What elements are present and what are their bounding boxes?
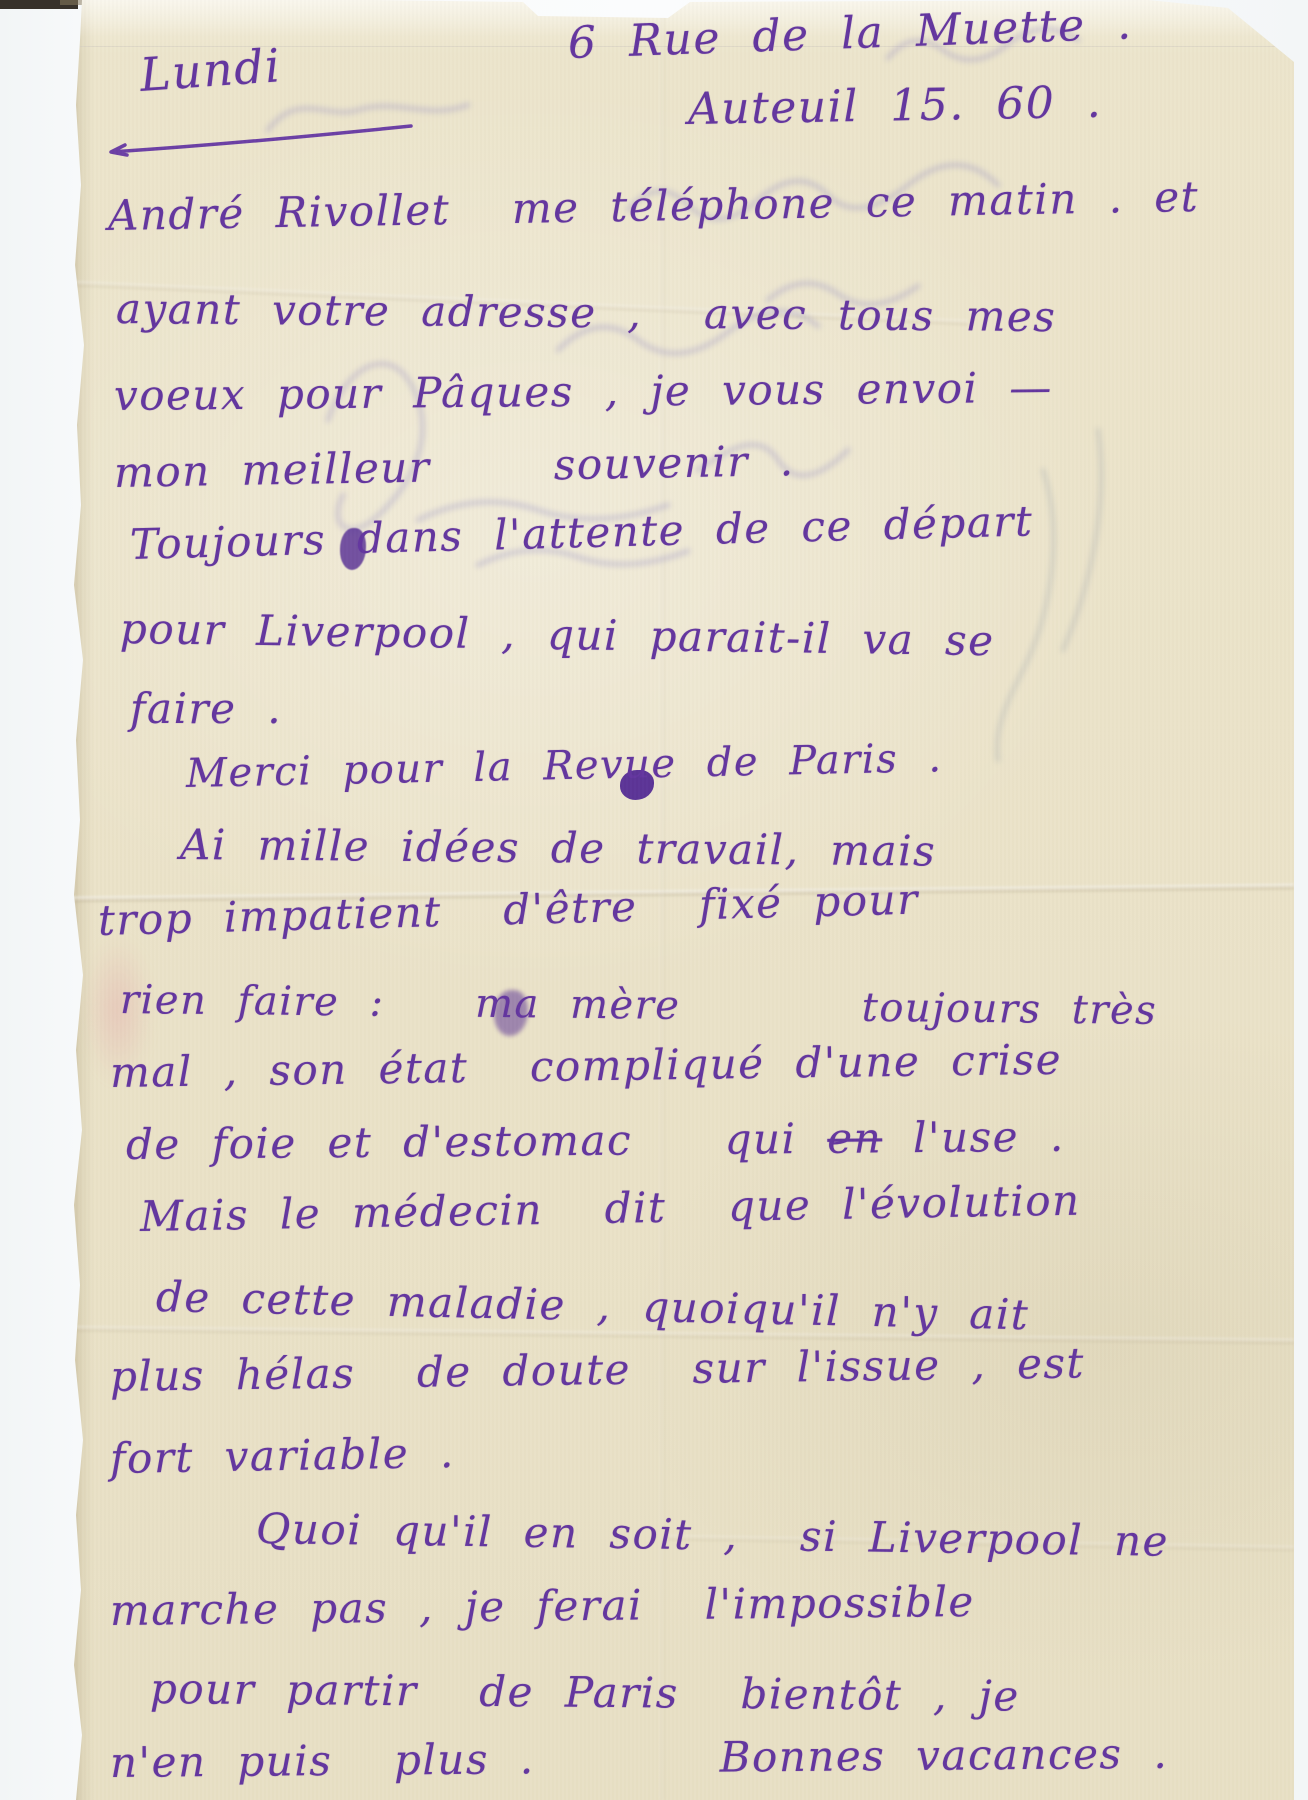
letter-line: pour partir de Paris bientôt , je: [150, 1668, 1020, 1718]
letter-line: ayant votre adresse , avec tous mes: [116, 288, 1057, 338]
day-underline: [93, 112, 423, 160]
letter-line: Quoi qu'il en soit , si Liverpool ne: [256, 1508, 1170, 1563]
letter-line: plus hélas de doute sur l'issue , est: [110, 1342, 1085, 1398]
address-line-1: 6 Rue de la Muette .: [567, 2, 1133, 66]
letter-line: Mais le médecin dit que l'évolution: [140, 1180, 1081, 1238]
letter-line: mal , son état compliqué d'une crise: [110, 1039, 1063, 1094]
letter-line: mon meilleur souvenir .: [114, 440, 795, 494]
letter-line: faire .: [130, 688, 282, 730]
letter-line: André Rivollet me téléphone ce matin . e…: [108, 176, 1200, 237]
letter-line: voeux pour Pâques , je vous envoi —: [114, 367, 1053, 417]
letter-paper: Lundi 6 Rue de la Muette . Auteuil 15. 6…: [68, 0, 1294, 1800]
strikethrough-word: en: [827, 1113, 882, 1162]
scanned-letter-page: { "letter": { "day": "Lundi", "address_l…: [0, 0, 1308, 1800]
letter-line: de foie et d'estomac qui en l'use .: [126, 1116, 1065, 1166]
day-heading: Lundi: [138, 42, 282, 98]
address-line-2: Auteuil 15. 60 .: [688, 81, 1103, 132]
letter-line: Ai mille idées de travail, mais: [180, 824, 936, 873]
letter-line: Toujours dans l'attente de ce départ: [129, 500, 1033, 566]
letter-line: trop impatient d'être fixé pour: [97, 879, 919, 942]
letter-line: n'en puis plus . Bonnes vacances .: [110, 1733, 1169, 1784]
line-text: de foie et d'estomac qui: [126, 1114, 828, 1169]
letter-line: marche pas , je ferai l'impossible: [110, 1581, 975, 1632]
line-text: l'use .: [882, 1112, 1065, 1163]
letter-line: rien faire : ma mère toujours très: [120, 980, 1158, 1031]
letter-line: Merci pour la Revue de Paris .: [186, 738, 943, 794]
letter-line: pour Liverpool , qui parait-il va se: [120, 608, 995, 662]
letter-line: fort variable .: [110, 1432, 456, 1480]
